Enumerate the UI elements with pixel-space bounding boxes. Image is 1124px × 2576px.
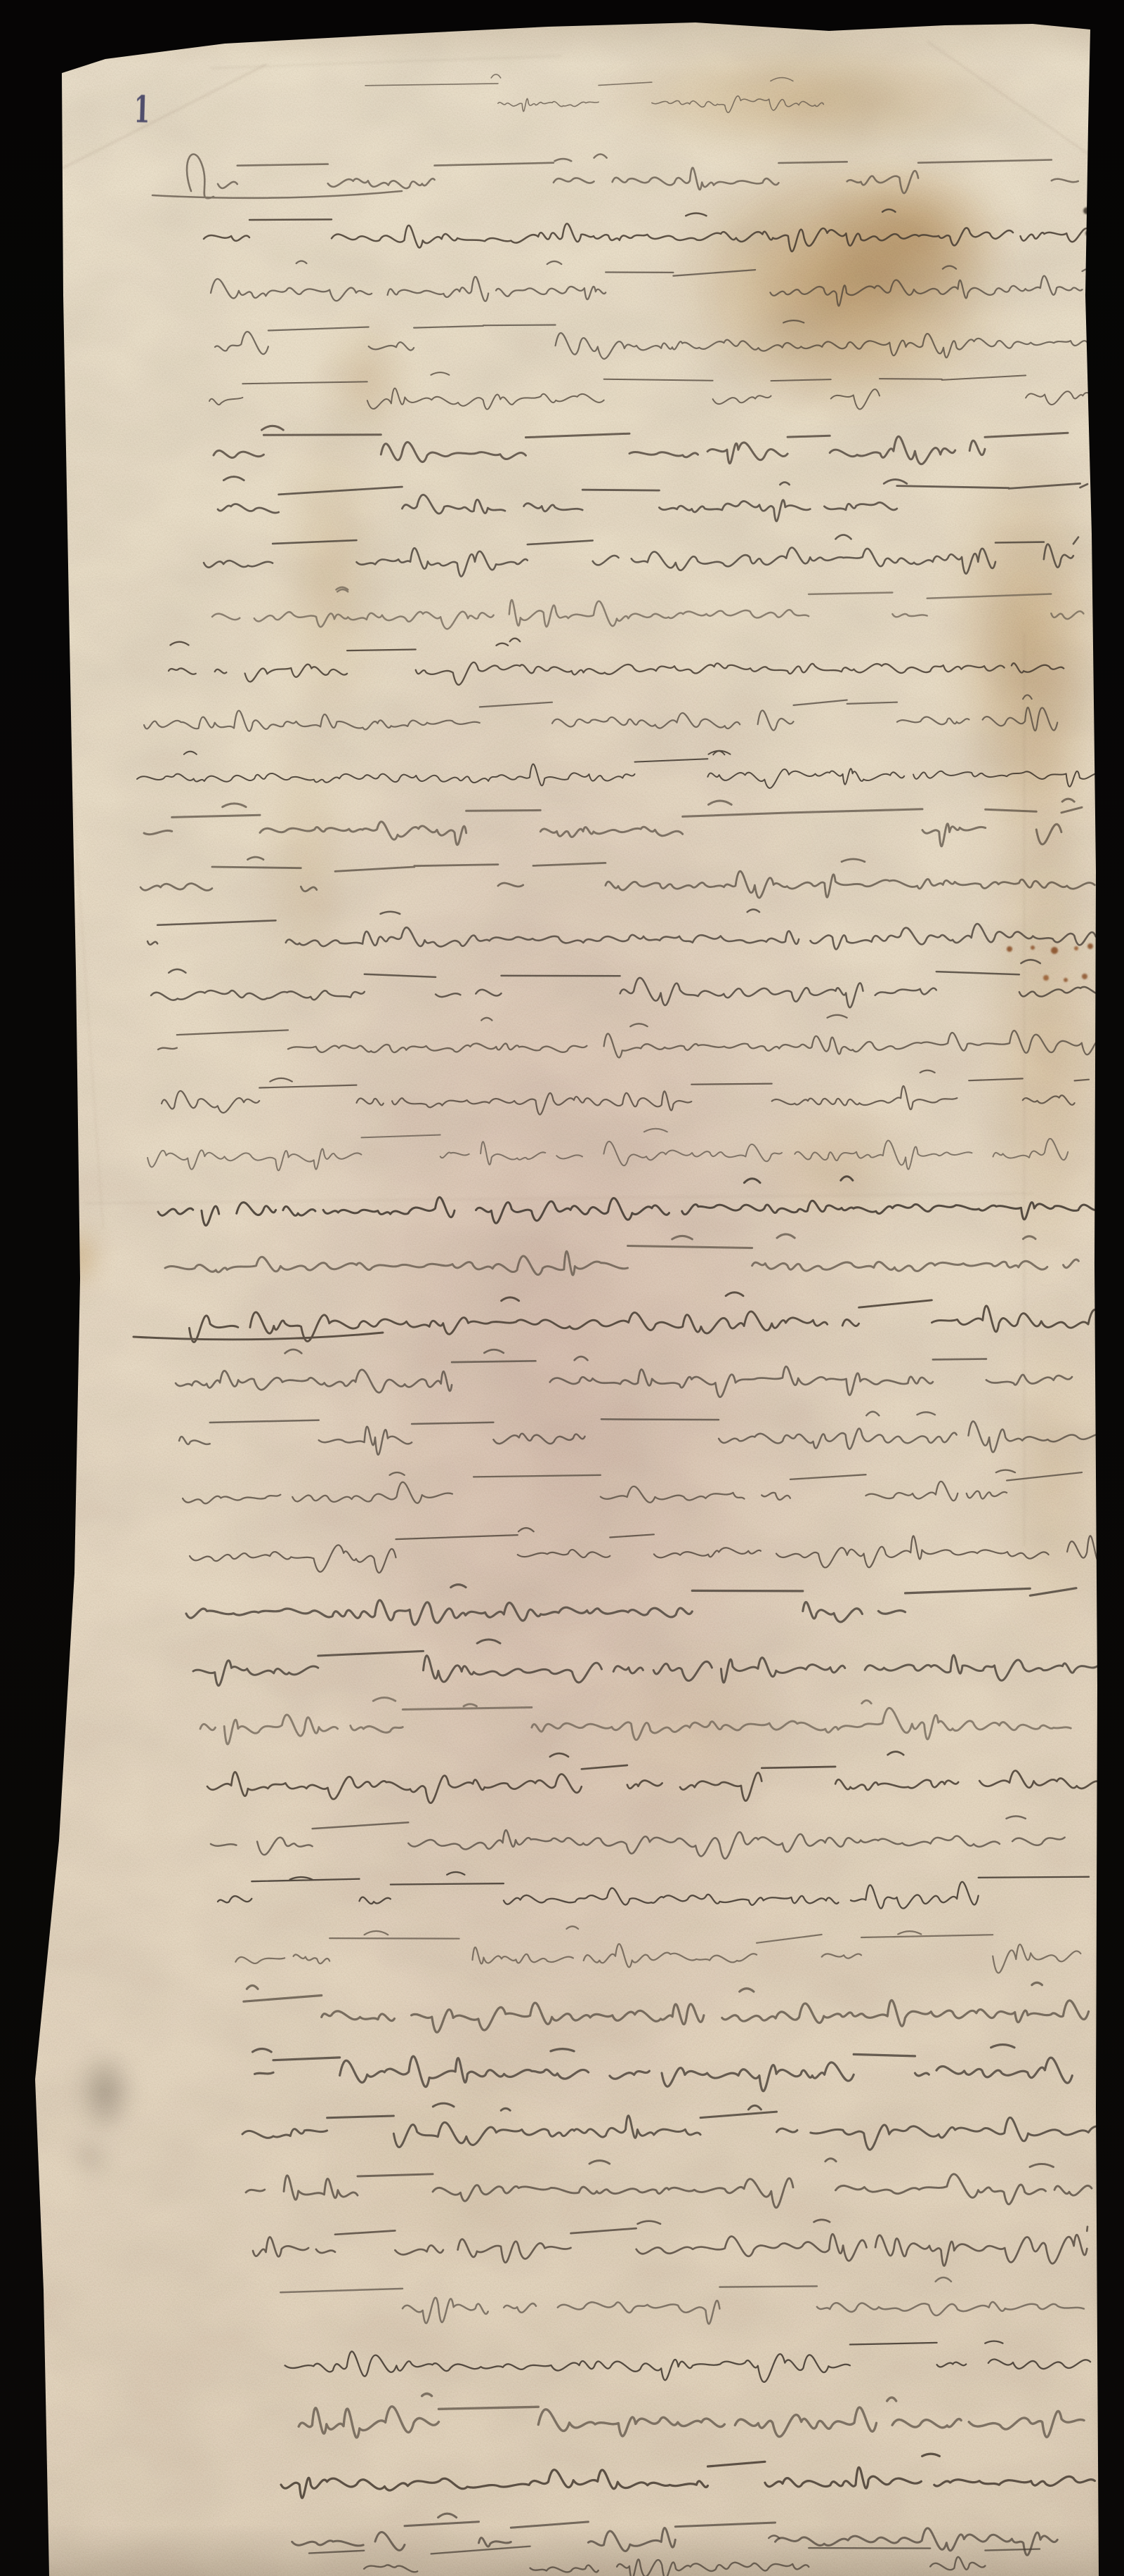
stain-blob — [299, 288, 432, 471]
body-line — [133, 1293, 1117, 1342]
photo-backdrop: 1 — [0, 0, 1124, 2576]
rust-speck — [1087, 943, 1093, 949]
body-line — [162, 1071, 1089, 1115]
edge-shading — [0, 0, 1124, 2576]
body-line — [140, 857, 1094, 898]
body-line — [151, 960, 1103, 1007]
rust-speck — [1085, 230, 1091, 236]
body-line — [165, 1234, 1078, 1275]
paper-grain-texture — [0, 0, 1124, 2576]
body-line — [214, 426, 1068, 464]
paper-crease — [1024, 633, 1025, 1546]
rust-speck — [1083, 207, 1090, 214]
body-line — [218, 1872, 1089, 1909]
body-line — [285, 2341, 1091, 2382]
rust-speck — [1043, 975, 1049, 981]
body-line — [152, 155, 1078, 199]
stain-blob — [506, 14, 1110, 183]
body-line — [186, 1585, 1076, 1625]
body-line — [292, 2513, 1058, 2555]
header-line — [365, 74, 823, 112]
body-line — [207, 1752, 1102, 1803]
body-line — [244, 1982, 1089, 2032]
body-line — [183, 1470, 1082, 1504]
rust-speck — [1074, 946, 1078, 950]
rust-speck — [1031, 946, 1035, 950]
stain-blob — [253, 344, 407, 808]
body-line — [212, 587, 1083, 629]
stain-blob — [242, 653, 371, 1075]
body-line — [144, 695, 1057, 731]
body-line — [204, 535, 1078, 576]
body-line — [280, 2277, 1084, 2324]
body-line — [215, 320, 1087, 359]
body-line — [179, 1412, 1105, 1455]
handwriting-ink-layer — [0, 0, 1124, 2576]
rust-speck — [1064, 978, 1068, 982]
body-line — [158, 1015, 1104, 1058]
stain-blob — [70, 2039, 140, 2148]
rust-speck — [1051, 947, 1058, 954]
rust-speck — [1007, 946, 1012, 952]
paper-mottle-texture — [0, 0, 1124, 2576]
body-line — [211, 261, 1085, 306]
body-line — [148, 1129, 1068, 1171]
body-line — [281, 2454, 1094, 2498]
speck-layer — [0, 0, 1124, 2576]
stain-blob — [906, 365, 1124, 899]
body-line — [253, 2220, 1087, 2266]
body-line — [200, 1698, 1071, 1744]
manuscript-page: 1 — [0, 0, 1124, 2576]
stain-blob — [548, 1609, 843, 1848]
body-line — [209, 372, 1101, 410]
stain-layer — [0, 0, 1124, 2576]
stain-blob — [49, 1212, 108, 1302]
body-line — [242, 2103, 1120, 2150]
rust-speck — [1082, 974, 1087, 979]
body-line — [158, 1177, 1099, 1226]
stain-blob — [98, 232, 1026, 2508]
stain-glaze — [639, 119, 1089, 471]
stain-blob — [717, 1061, 955, 1271]
body-line — [253, 2045, 1073, 2091]
body-line — [309, 2535, 1040, 2576]
body-line — [190, 1528, 1101, 1573]
body-line — [169, 639, 1064, 685]
body-line — [176, 1349, 1072, 1397]
stain-blob — [267, 2009, 632, 2318]
body-line — [137, 751, 1102, 788]
body-line — [235, 1926, 1080, 1973]
stain-glaze — [948, 478, 1124, 1068]
stain-blob — [773, 126, 1054, 337]
stain-blob — [948, 731, 1124, 1377]
body-line — [211, 1816, 1065, 1859]
folio-number: 1 — [133, 89, 150, 132]
body-line — [218, 477, 1087, 521]
stain-glaze-layer — [0, 0, 1124, 2576]
body-line — [246, 2159, 1092, 2208]
body-line — [299, 2393, 1084, 2437]
body-line — [148, 910, 1096, 950]
body-line — [144, 799, 1082, 846]
paper-crease — [211, 55, 562, 69]
body-line — [204, 209, 1090, 251]
crease-layer — [0, 0, 1124, 2576]
stain-blob — [70, 2127, 110, 2186]
paper-crease — [84, 1193, 1033, 1204]
paper-crease — [927, 41, 1100, 163]
stain-blob — [969, 1208, 1124, 1742]
paper-crease — [68, 738, 104, 1229]
body-line — [193, 1640, 1097, 1686]
stain-blob — [597, 91, 1075, 471]
paper-crease — [60, 63, 268, 170]
